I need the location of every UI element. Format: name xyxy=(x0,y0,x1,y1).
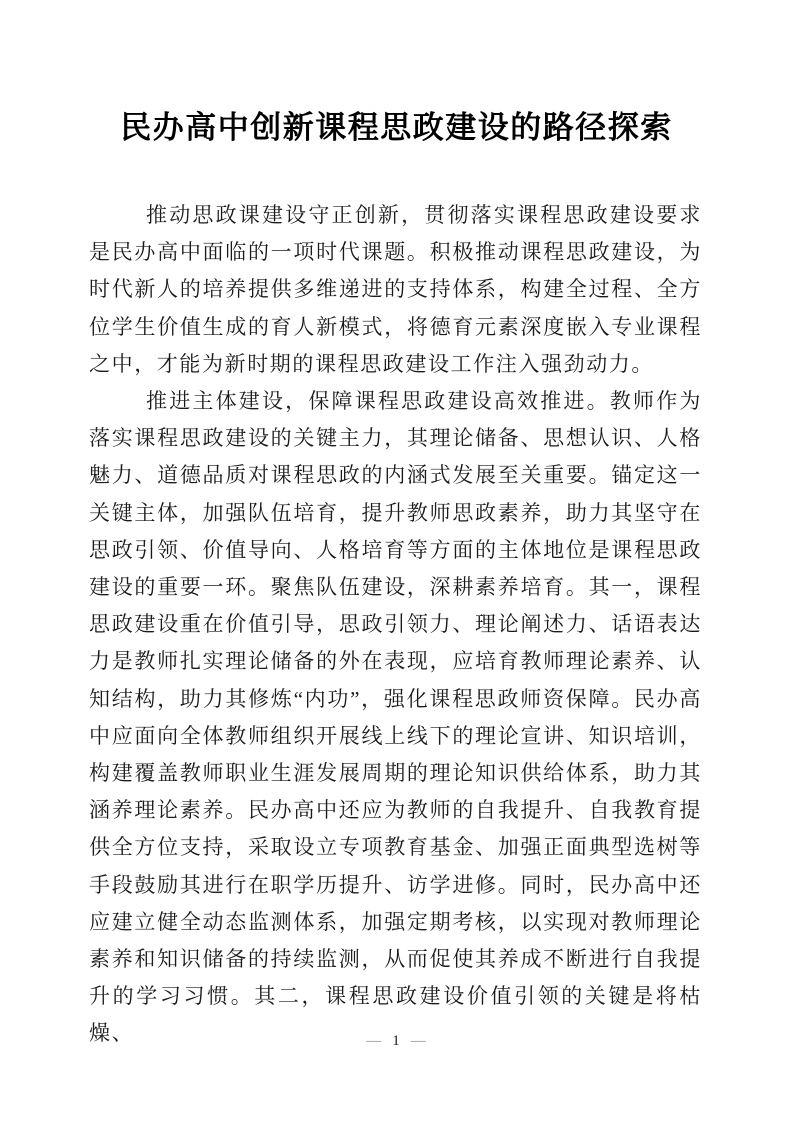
footer-dash-right: — xyxy=(411,1033,427,1049)
paragraph-subject-building: 推进主体建设，保障课程思政建设高效推进。教师作为落实课程思政建设的关键主力，其理… xyxy=(89,383,702,1053)
document-title: 民办高中创新课程思政建设的路径探索 xyxy=(0,109,793,147)
page-number: 1 xyxy=(382,1033,411,1049)
paragraph-intro: 推动思政课建设守正创新，贯彻落实课程思政建设要求是民办高中面临的一项时代课题。积… xyxy=(89,197,702,383)
document-page: 民办高中创新课程思政建设的路径探索 推动思政课建设守正创新，贯彻落实课程思政建设… xyxy=(0,0,793,1122)
page-footer: —1— xyxy=(0,1031,793,1051)
footer-dash-left: — xyxy=(366,1033,382,1049)
document-body: 推动思政课建设守正创新，贯彻落实课程思政建设要求是民办高中面临的一项时代课题。积… xyxy=(89,197,702,1053)
